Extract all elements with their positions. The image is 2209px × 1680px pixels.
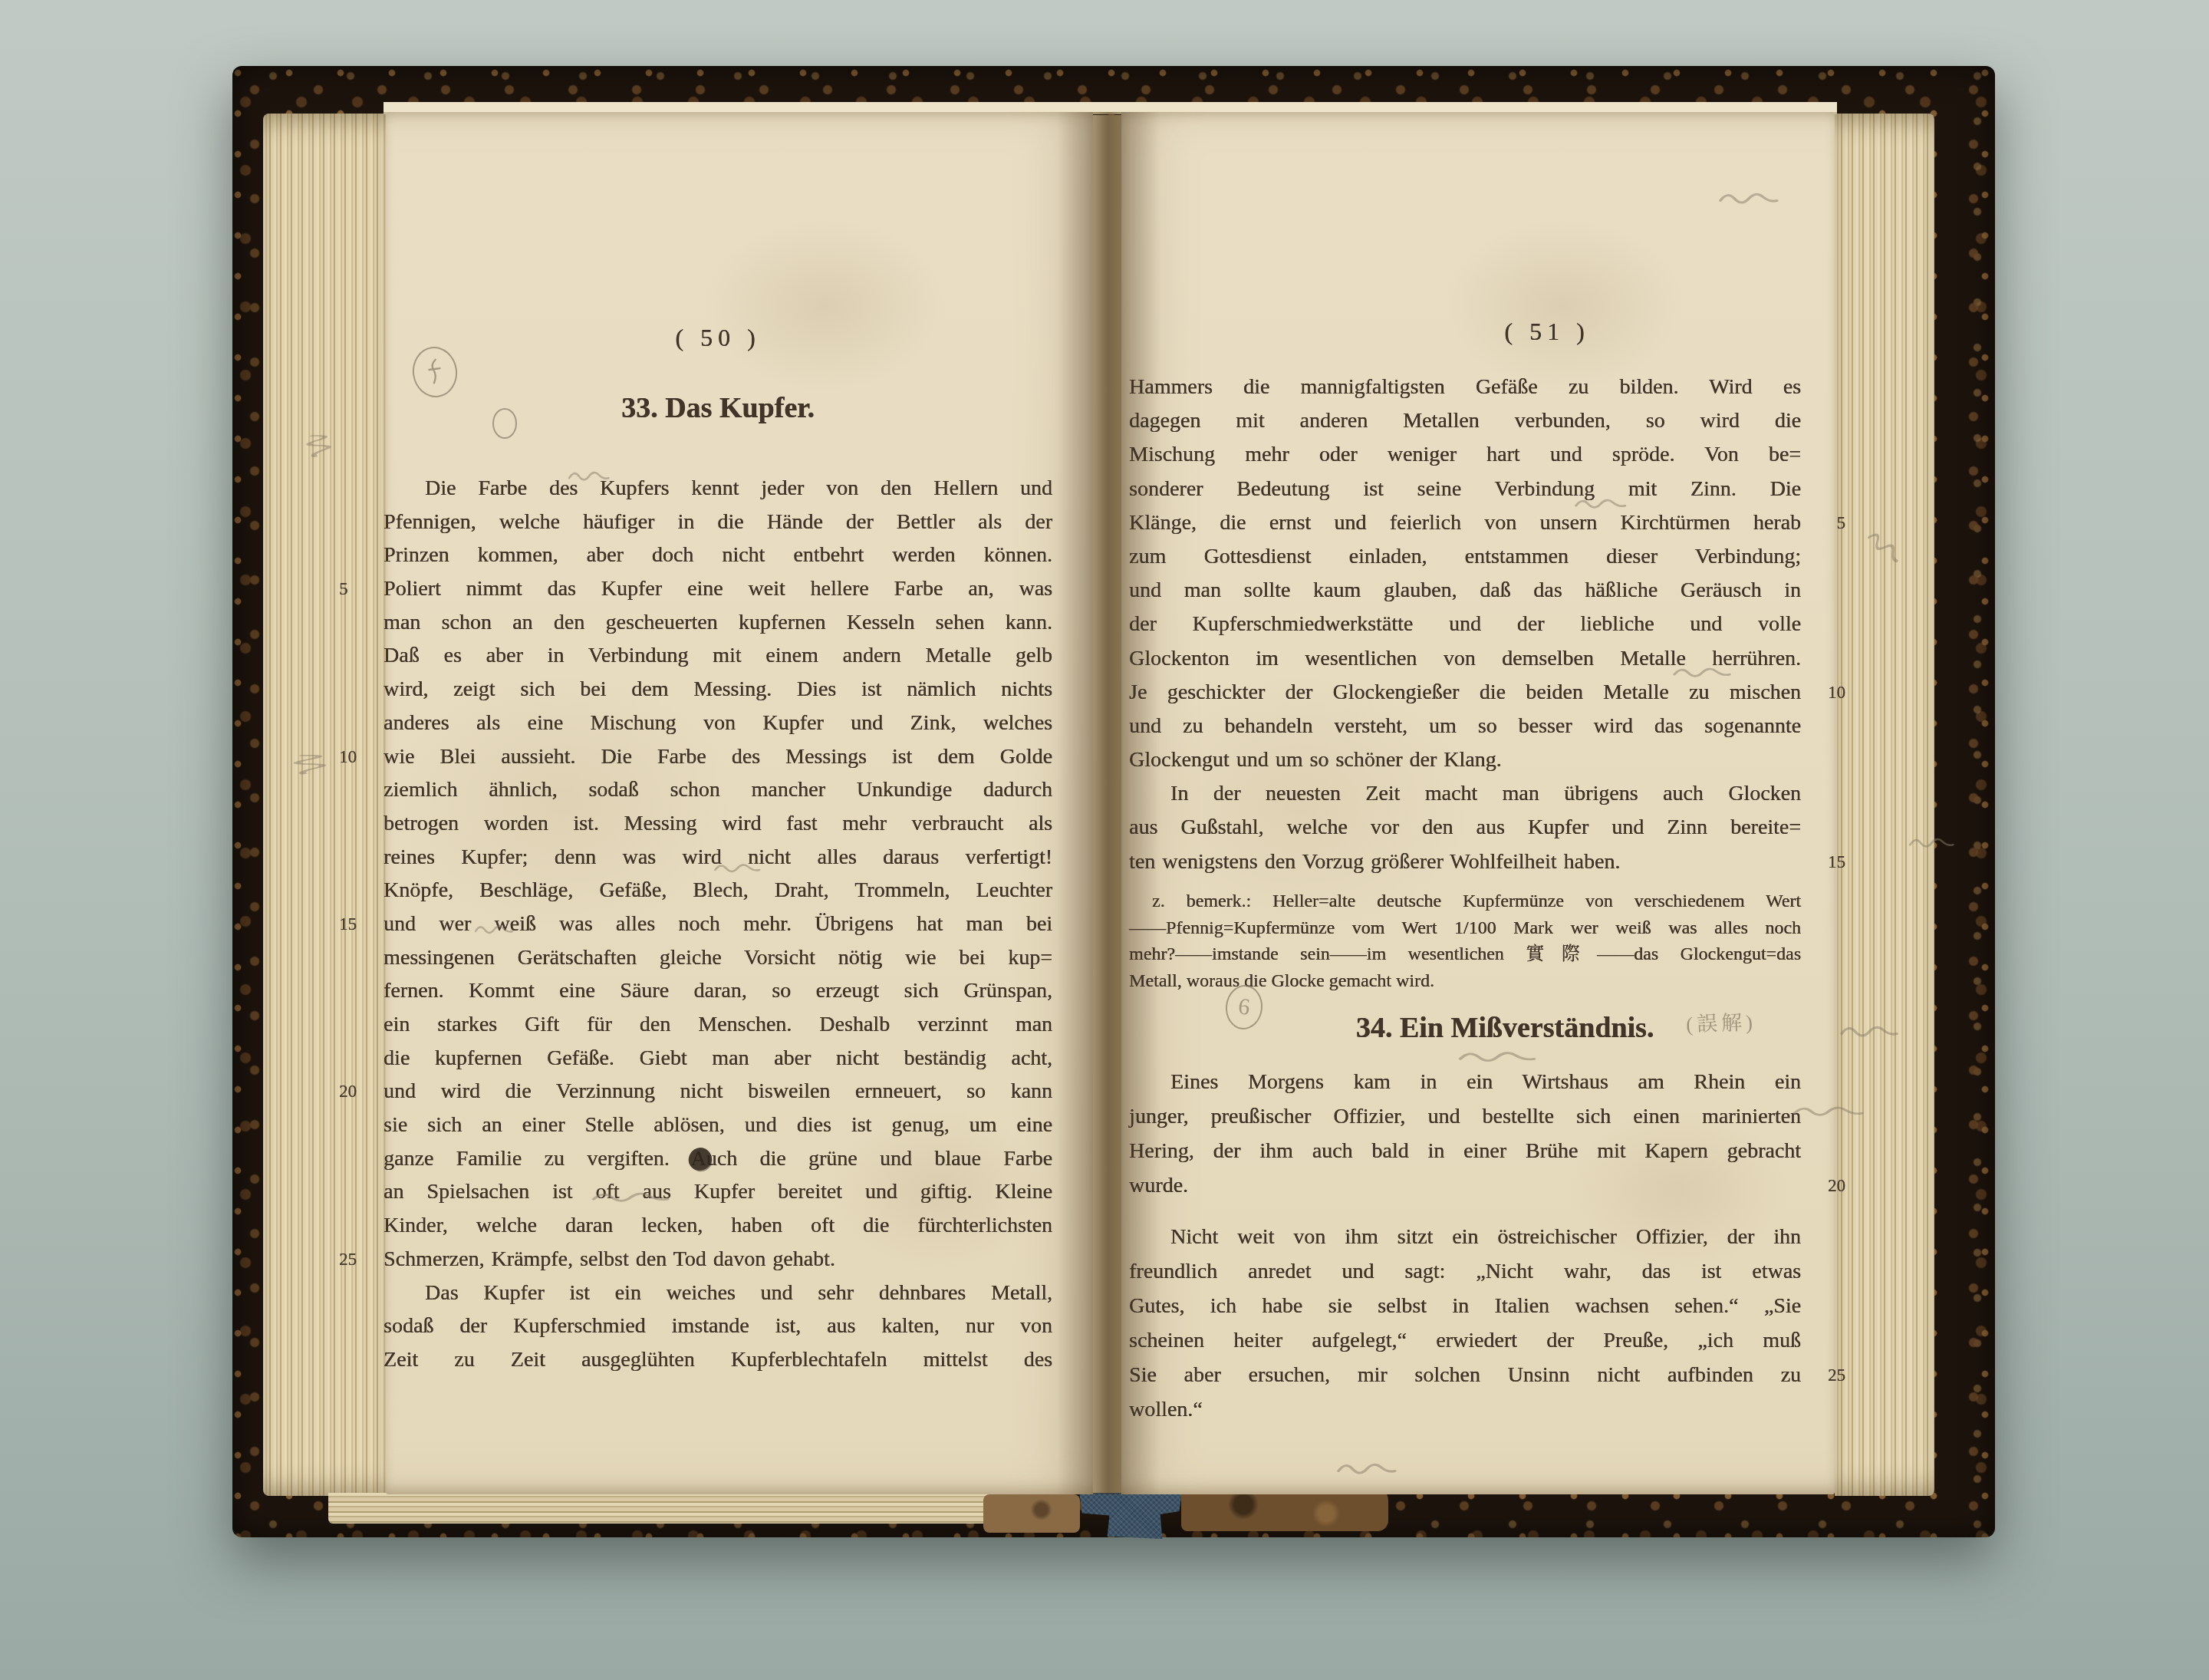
text-line-content: dagegen mit anderen Metallen verbunden, … xyxy=(1129,404,1801,438)
pencil-heading-gloss: (誤解) xyxy=(1685,1005,1756,1037)
text-line: man schon an den gescheuerten kupfernen … xyxy=(384,606,1052,640)
page-edges-left xyxy=(263,114,387,1496)
text-line-content: wird, zeigt sich bei dem Messing. Dies i… xyxy=(384,673,1052,707)
text-line: Daß es aber in Verbindung mit einem ande… xyxy=(384,639,1052,673)
pencil-small-circle xyxy=(492,408,517,439)
margin-line-number: 10 xyxy=(1828,676,1845,710)
footnote-line-content: mehr?——imstande sein——im wesentlichen 實際… xyxy=(1129,941,1801,968)
text-line: Glockengut und um so schöner der Klang. xyxy=(1129,743,1801,777)
margin-line-number: 15 xyxy=(339,908,357,941)
margin-line-number: 20 xyxy=(1828,1168,1845,1203)
text-line-content: wollen.“ xyxy=(1129,1392,1801,1427)
text-line-content: wie Blei aussieht. Die Farbe des Messing… xyxy=(384,740,1052,774)
text-line-content: der Kupferschmiedwerkstätte und der lieb… xyxy=(1129,608,1801,641)
text-line: Hammers die mannigfaltigsten Gefäße zu b… xyxy=(1129,371,1801,404)
text-line: Das Kupfer ist ein weiches und sehr dehn… xyxy=(384,1276,1052,1310)
text-line: freundlich anredet und sagt: „Nicht wahr… xyxy=(1129,1254,1801,1289)
text-line-content: sodaß der Kupferschmied imstande ist, au… xyxy=(384,1309,1052,1343)
page51-story: Eines Morgens kam in ein Wirtshaus am Rh… xyxy=(1129,1065,1801,1427)
text-line: wird, zeigt sich bei dem Messing. Dies i… xyxy=(384,673,1052,707)
footnote-line-content: ——Pfennig=Kupfermünze vom Wert 1/100 Mar… xyxy=(1129,915,1801,942)
text-line-content: Poliert nimmt das Kupfer eine weit helle… xyxy=(384,572,1052,606)
text-line: fernen. Kommt eine Säure daran, so erzeu… xyxy=(384,974,1052,1008)
text-line: anderes als eine Mischung von Kupfer und… xyxy=(384,707,1052,740)
text-line: 5 Klänge, die ernst und feierlich von un… xyxy=(1129,506,1801,540)
page51-footnote: z. bemerk.: Heller=alte deutsche Kupferm… xyxy=(1129,888,1801,994)
margin-line-number: 25 xyxy=(1828,1358,1845,1392)
pencil-scribble xyxy=(1839,1020,1908,1043)
text-line-content: Schmerzen, Krämpfe, selbst den Tod davon… xyxy=(384,1243,1052,1276)
text-line-content: Hammers die mannigfaltigsten Gefäße zu b… xyxy=(1129,371,1801,404)
text-line-content: freundlich anredet und sagt: „Nicht wahr… xyxy=(1129,1254,1801,1289)
text-line-content: Hering, der ihm auch bald in einer Brühe… xyxy=(1129,1134,1801,1168)
text-line: ganze Familie zu vergiften. Auch die grü… xyxy=(384,1142,1052,1176)
pencil-scribble xyxy=(1457,1046,1549,1068)
text-line: Gutes, ich habe sie selbst in Italien wa… xyxy=(1129,1289,1801,1323)
page-edges-bottom xyxy=(328,1493,1068,1524)
text-line: ein starkes Gift für den Menschen. Desha… xyxy=(384,1008,1052,1042)
text-line-content: Knöpfe, Beschläge, Gefäße, Blech, Draht,… xyxy=(384,874,1052,908)
text-line-content: ziemlich ähnlich, sodaß schon mancher Un… xyxy=(384,773,1052,807)
text-line-content: Mischung mehr oder weniger hart und sprö… xyxy=(1129,438,1801,472)
text-line-content: und wird die Verzinnung nicht bisweilen … xyxy=(384,1075,1052,1108)
text-line-content: Zeit zu Zeit ausgeglühten Kupferblechtaf… xyxy=(384,1343,1052,1377)
text-line-content: ein starkes Gift für den Menschen. Desha… xyxy=(384,1008,1052,1042)
section-heading-34: 34. Ein Mißverständnis. xyxy=(1267,1011,1743,1045)
text-line: Die Farbe des Kupfers kennt jeder von de… xyxy=(384,472,1052,506)
text-line-content: sie sich an einer Stelle ablösen, und di… xyxy=(384,1108,1052,1142)
book-photograph: ( 50 ) 33. Das Kupfer. Die Farbe des Kup… xyxy=(0,0,2209,1680)
pencil-scribble xyxy=(1718,187,1789,210)
pencil-scribble xyxy=(1792,1102,1876,1122)
text-line-content: Gutes, ich habe sie selbst in Italien wa… xyxy=(1129,1289,1801,1323)
text-line: 25 Schmerzen, Krämpfe, selbst den Tod da… xyxy=(384,1243,1052,1276)
text-line-content: Daß es aber in Verbindung mit einem ande… xyxy=(384,639,1052,673)
text-line-content: Sie aber ersuchen, mir solchen Unsinn ni… xyxy=(1129,1358,1801,1392)
text-line: Kinder, welche daran lecken, haben oft d… xyxy=(384,1209,1052,1243)
text-line: 5 Poliert nimmt das Kupfer eine weit hel… xyxy=(384,572,1052,606)
footnote-line: Metall, woraus die Glocke gemacht wird. xyxy=(1129,968,1801,995)
text-line-content: ganze Familie zu vergiften. Auch die grü… xyxy=(384,1142,1052,1176)
text-line-content: und zu behandeln versteht, um so besser … xyxy=(1129,710,1801,743)
page-number-left: ( 50 ) xyxy=(384,324,1052,352)
text-line-content: scheinen heiter aufgelegt,“ erwiedert de… xyxy=(1129,1323,1801,1358)
page-edges-right xyxy=(1835,114,1934,1496)
text-line-content: die kupfernen Gefäße. Giebt man aber nic… xyxy=(384,1042,1052,1076)
text-line-content: Klänge, die ernst und feierlich von unse… xyxy=(1129,506,1801,540)
footnote-line: ——Pfennig=Kupfermünze vom Wert 1/100 Mar… xyxy=(1129,915,1801,942)
margin-line-number: 5 xyxy=(339,572,348,606)
text-line-content: man schon an den gescheuerten kupfernen … xyxy=(384,606,1052,640)
text-line: junger, preußischer Offizier, und bestel… xyxy=(1129,1099,1801,1134)
text-line: In der neuesten Zeit macht man übrigens … xyxy=(1129,777,1801,811)
text-line: Hering, der ihm auch bald in einer Brühe… xyxy=(1129,1134,1801,1168)
text-line-content: fernen. Kommt eine Säure daran, so erzeu… xyxy=(384,974,1052,1008)
text-line: zum Gottesdienst einladen, entstammen di… xyxy=(1129,540,1801,574)
pencil-scribble xyxy=(1908,833,1962,853)
text-line-content: und man sollte kaum glauben, daß das häß… xyxy=(1129,574,1801,608)
text-line-content: wurde. xyxy=(1129,1168,1801,1203)
text-line: und man sollte kaum glauben, daß das häß… xyxy=(1129,574,1801,608)
margin-line-number: 5 xyxy=(1837,506,1846,540)
footnote-line: mehr?——imstande sein——im wesentlichen 實際… xyxy=(1129,941,1801,968)
text-line: und zu behandeln versteht, um so besser … xyxy=(1129,710,1801,743)
text-line: Prinzen kommen, aber doch nicht entbehrt… xyxy=(384,539,1052,572)
text-line: sie sich an einer Stelle ablösen, und di… xyxy=(384,1108,1052,1142)
text-line: 10 wie Blei aussieht. Die Farbe des Mess… xyxy=(384,740,1052,774)
section-heading-33: 33. Das Kupfer. xyxy=(384,391,1052,425)
text-line-content: sonderer Bedeutung ist seine Verbindung … xyxy=(1129,473,1801,506)
text-line-content: anderes als eine Mischung von Kupfer und… xyxy=(384,707,1052,740)
page-number-right: ( 51 ) xyxy=(1428,318,1666,346)
footnote-line-content: Metall, woraus die Glocke gemacht wird. xyxy=(1129,968,1801,995)
text-line: die kupfernen Gefäße. Giebt man aber nic… xyxy=(384,1042,1052,1076)
text-line-content: Die Farbe des Kupfers kennt jeder von de… xyxy=(384,472,1052,506)
text-line: Zeit zu Zeit ausgeglühten Kupferblechtaf… xyxy=(384,1343,1052,1377)
text-line-content: Pfennigen, welche häufiger in die Hände … xyxy=(384,506,1052,539)
text-line: der Kupferschmiedwerkstätte und der lieb… xyxy=(1129,608,1801,641)
text-line-content: In der neuesten Zeit macht man übrigens … xyxy=(1129,777,1801,811)
text-line-content: betrogen worden ist. Messing wird fast m… xyxy=(384,807,1052,841)
margin-line-number: 25 xyxy=(339,1243,357,1276)
text-line-content: ten wenigstens den Vorzug größerer Wohlf… xyxy=(1129,845,1801,879)
text-line: 15 ten wenigstens den Vorzug größerer Wo… xyxy=(1129,845,1801,879)
text-line-content: Kinder, welche daran lecken, haben oft d… xyxy=(384,1209,1052,1243)
text-line-content: Glockengut und um so schöner der Klang. xyxy=(1129,743,1801,777)
text-line: ziemlich ähnlich, sodaß schon mancher Un… xyxy=(384,773,1052,807)
text-line: aus Gußstahl, welche vor den aus Kupfer … xyxy=(1129,811,1801,845)
text-line: messingenen Gerätschaften gleiche Vorsic… xyxy=(384,941,1052,975)
pencil-scribble xyxy=(474,921,520,939)
text-line-content: zum Gottesdienst einladen, entstammen di… xyxy=(1129,540,1801,574)
page51-body: Hammers die mannigfaltigsten Gefäße zu b… xyxy=(1129,371,1801,879)
text-line: Mischung mehr oder weniger hart und sprö… xyxy=(1129,438,1801,472)
text-line-content: Prinzen kommen, aber doch nicht entbehrt… xyxy=(384,539,1052,572)
text-line: Nicht weit von ihm sitzt ein östreichisc… xyxy=(1129,1220,1801,1254)
worn-leather-patch xyxy=(983,1494,1080,1533)
text-line-content: aus Gußstahl, welche vor den aus Kupfer … xyxy=(1129,811,1801,845)
pencil-scribble xyxy=(1336,1458,1407,1481)
text-line: 25 Sie aber ersuchen, mir solchen Unsinn… xyxy=(1129,1358,1801,1392)
footnote-line-content: z. bemerk.: Heller=alte deutsche Kupferm… xyxy=(1129,888,1801,915)
pencil-scribble xyxy=(568,466,617,486)
text-line: Knöpfe, Beschläge, Gefäße, Blech, Draht,… xyxy=(384,874,1052,908)
text-line: wollen.“ xyxy=(1129,1392,1801,1427)
text-line: scheinen heiter aufgelegt,“ erwiedert de… xyxy=(1129,1323,1801,1358)
text-line: an Spielsachen ist oft aus Kupfer bereit… xyxy=(384,1175,1052,1209)
pencil-scribble xyxy=(1574,494,1635,514)
text-line: betrogen worden ist. Messing wird fast m… xyxy=(384,807,1052,841)
text-line-content: Das Kupfer ist ein weiches und sehr dehn… xyxy=(384,1276,1052,1310)
text-line-content: Eines Morgens kam in ein Wirtshaus am Rh… xyxy=(1129,1065,1801,1099)
text-line-content: junger, preußischer Offizier, und bestel… xyxy=(1129,1099,1801,1134)
book-gutter xyxy=(1089,115,1124,1493)
margin-line-number: 15 xyxy=(1828,845,1845,879)
pencil-scribble xyxy=(591,1188,683,1207)
text-line: Eines Morgens kam in ein Wirtshaus am Rh… xyxy=(1129,1065,1801,1099)
text-line: 20 wurde. xyxy=(1129,1168,1801,1203)
text-line: dagegen mit anderen Metallen verbunden, … xyxy=(1129,404,1801,438)
pencil-scribble xyxy=(1672,663,1741,683)
text-line: Pfennigen, welche häufiger in die Hände … xyxy=(384,506,1052,539)
text-line: sodaß der Kupferschmied imstande ist, au… xyxy=(384,1309,1052,1343)
text-line: sonderer Bedeutung ist seine Verbindung … xyxy=(1129,473,1801,506)
pencil-scribble xyxy=(713,859,769,878)
margin-line-number: 20 xyxy=(339,1075,357,1108)
text-line-content: an Spielsachen ist oft aus Kupfer bereit… xyxy=(384,1175,1052,1209)
text-line-content: messingenen Gerätschaften gleiche Vorsic… xyxy=(384,941,1052,975)
text-line-content: Nicht weit von ihm sitzt ein östreichisc… xyxy=(1129,1220,1801,1254)
footnote-line: z. bemerk.: Heller=alte deutsche Kupferm… xyxy=(1129,888,1801,915)
text-line: 20 und wird die Verzinnung nicht bisweil… xyxy=(384,1075,1052,1108)
